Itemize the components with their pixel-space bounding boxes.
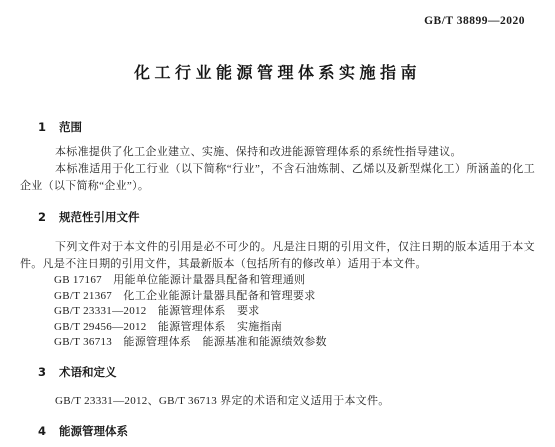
section-3-number: 3 [38, 365, 46, 380]
section-4-title: 能源管理体系 [59, 424, 128, 438]
reference-item-5: GB/T 36713 能源管理体系 能源基准和能源绩效参数 [20, 335, 535, 351]
section-1-title: 范围 [59, 120, 82, 134]
section-4-heading: 4能源管理体系 [20, 424, 535, 439]
section-1-heading: 1范围 [20, 120, 535, 135]
section-2-heading: 2规范性引用文件 [20, 210, 535, 225]
section-2-paragraph-1: 下列文件对于本文件的引用是必不可少的。凡是注日期的引用文件，仅注日期的版本适用于… [20, 239, 535, 273]
section-2-number: 2 [38, 210, 46, 225]
reference-item-1: GB 17167 用能单位能源计量器具配备和管理通则 [20, 273, 535, 289]
section-3-title: 术语和定义 [59, 365, 117, 379]
section-3-paragraph-1: GB/T 23331—2012、GB/T 36713 界定的术语和定义适用于本文… [20, 393, 535, 410]
reference-item-3: GB/T 23331—2012 能源管理体系 要求 [20, 304, 535, 320]
section-1-paragraph-1: 本标准提供了化工企业建立、实施、保持和改进能源管理体系的系统性指导建议。 [20, 144, 535, 161]
document-page: GB/T 38899—2020 化工行业能源管理体系实施指南 1范围 本标准提供… [0, 0, 555, 447]
section-4-number: 4 [38, 424, 46, 439]
section-2-title: 规范性引用文件 [59, 210, 140, 224]
standard-number: GB/T 38899—2020 [20, 15, 535, 28]
document-title: 化工行业能源管理体系实施指南 [20, 62, 535, 84]
section-1-paragraph-2: 本标准适用于化工行业（以下简称“行业”，不含石油炼制、乙烯以及新型煤化工）所涵盖… [20, 161, 535, 195]
section-3-heading: 3术语和定义 [20, 365, 535, 380]
section-1-number: 1 [38, 120, 46, 135]
reference-item-2: GB/T 21367 化工企业能源计量器具配备和管理要求 [20, 289, 535, 305]
reference-item-4: GB/T 29456—2012 能源管理体系 实施指南 [20, 320, 535, 336]
